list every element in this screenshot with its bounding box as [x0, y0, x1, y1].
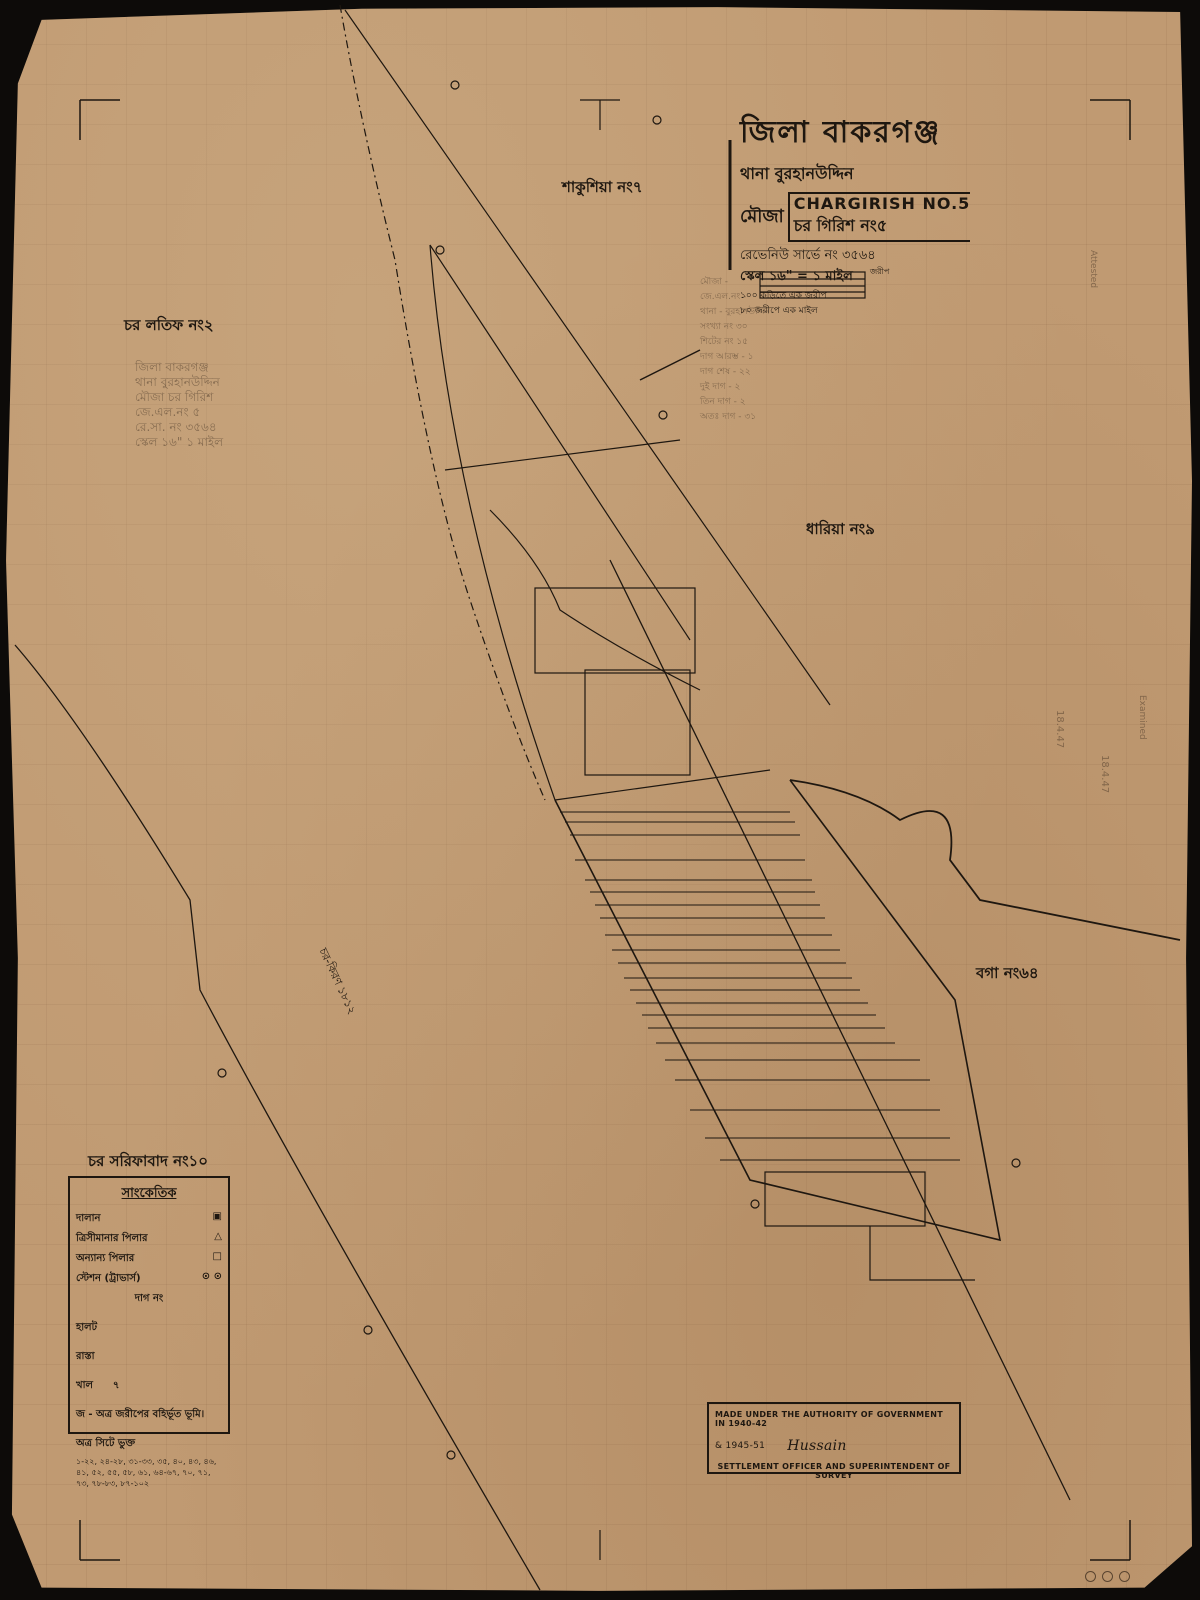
signature: Hussain	[787, 1438, 847, 1454]
pencil-note: জে.এল.নং ৫	[135, 405, 223, 420]
pencil-note: জিলা বাকরগঞ্জ	[135, 360, 223, 375]
legend-label: দালান	[76, 1211, 100, 1228]
info-row: দুই দাগ - ২	[700, 380, 770, 395]
village-label-dhariya: ধারিয়া নং৯	[806, 518, 875, 543]
revenue-survey-number: রেভেনিউ সার্ভে নং ৩৫৬৪	[740, 246, 970, 267]
certificate-box: MADE UNDER THE AUTHORITY OF GOVERNMENT I…	[707, 1402, 961, 1474]
station-icon: ⊙ ⊙	[202, 1271, 222, 1288]
mouza-name-bengali: চর গিরিশ নং৫	[794, 213, 971, 240]
village-label-char-latif: চর লতিফ নং২	[124, 314, 214, 339]
pencil-date-1: 18.4.47	[1054, 710, 1065, 748]
legend-dag-number: দাগ নং	[76, 1291, 222, 1308]
certificate-line-2: & 1945-51 Hussain	[715, 1438, 953, 1454]
legend-included-values: ১-২২, ২৪-২৮, ৩১-৩৩, ৩৫, ৪০, ৪৩, ৪৬, ৪১, …	[76, 1456, 222, 1489]
legend-label: খাল	[76, 1378, 93, 1395]
mouza-label: মৌজা	[740, 202, 784, 233]
legend-label: দাগ নং	[135, 1291, 163, 1308]
legend-item-khal: খাল৭	[76, 1378, 222, 1395]
scale-label: স্কেল ১৬" = ১ মাইল	[740, 267, 970, 288]
thana-label: থানা বুরহানউদ্দিন	[740, 161, 970, 188]
legend-label: রাস্তা	[76, 1349, 95, 1366]
legend-item-other-pillar: অন্যান্য পিলার□	[76, 1251, 222, 1268]
legend-value: ৭	[113, 1378, 120, 1395]
pencil-note-block: জিলা বাকরগঞ্জ থানা বুরহানউদ্দিন মৌজা চর …	[135, 360, 223, 450]
scale-bar-label: জরীপ	[870, 266, 889, 279]
info-row: দাগ শেষ - ২২	[700, 365, 770, 380]
pencil-note: মৌজা চর গিরিশ	[135, 390, 223, 405]
scale-note-2: ৮০ জরীপে এক মাইল	[740, 303, 970, 318]
pencil-note: স্কেল ১৬" ১ মাইল	[135, 435, 223, 450]
scale-note-1: ১০০ কড়িতে এক জরীপ	[740, 288, 970, 303]
pencil-note: রে.সা. নং ৩৫৬৪	[135, 420, 223, 435]
triangle-pillar-icon: △	[214, 1231, 222, 1248]
pencil-attested: Attested	[1088, 250, 1098, 288]
title-block: জিলা বাকরগঞ্জ থানা বুরহানউদ্দিন মৌজা CHA…	[740, 108, 970, 318]
info-table: মৌজা - জে.এল.নং - থানা - বুরহানউদ্দিন সং…	[700, 275, 770, 425]
info-row: তিন দাগ - ২	[700, 395, 770, 410]
village-label-char-sharifabad: চর সরিফাবাদ নং১০	[88, 1150, 208, 1175]
legend-included-label: অত্র সিটে ভুক্ত	[76, 1436, 222, 1453]
district-title: জিলা বাকরগঞ্জ	[740, 108, 970, 159]
corner-circles	[1085, 1571, 1130, 1582]
info-row: অতঃ দাগ - ৩১	[700, 410, 770, 425]
legend-item-halot: হালট	[76, 1320, 222, 1337]
info-row: শিটের নং ১৫	[700, 335, 770, 350]
building-icon: ▣	[213, 1211, 222, 1228]
legend-title: সাংকেতিক	[76, 1184, 222, 1205]
legend-excluded-note: জ - অত্র জরীপের বহির্ভূত ভূমি।	[76, 1407, 222, 1424]
legend-label: হালট	[76, 1320, 97, 1337]
info-row: মৌজা -	[700, 275, 770, 290]
legend-item-building: দালান▣	[76, 1211, 222, 1228]
mouza-name-english: CHARGIRISH NO.5	[794, 194, 971, 213]
square-pillar-icon: □	[213, 1251, 222, 1268]
legend-label: স্টেশন (ট্রাভার্স)	[76, 1271, 141, 1288]
info-row: সংখ্যা নং ৩০	[700, 320, 770, 335]
certificate-line-1: MADE UNDER THE AUTHORITY OF GOVERNMENT I…	[715, 1410, 953, 1428]
village-label-boga: বগা নং৬৪	[976, 962, 1039, 987]
certificate-years: & 1945-51	[715, 1441, 765, 1451]
mouza-bracket: CHARGIRISH NO.5 চর গিরিশ নং৫	[788, 192, 971, 242]
legend-item-tri-junction-pillar: ত্রিসীমানার পিলার△	[76, 1231, 222, 1248]
mouza-row: মৌজা CHARGIRISH NO.5 চর গিরিশ নং৫	[740, 192, 970, 242]
legend-box: সাংকেতিক দালান▣ ত্রিসীমানার পিলার△ অন্যা…	[68, 1176, 230, 1434]
pencil-date-2: 18.4.47	[1099, 755, 1110, 793]
info-row: দাগ আরম্ভ - ১	[700, 350, 770, 365]
info-row: থানা - বুরহানউদ্দিন	[700, 305, 770, 320]
circle-icon	[1119, 1571, 1130, 1582]
legend-item-station: স্টেশন (ট্রাভার্স)⊙ ⊙	[76, 1271, 222, 1288]
legend-item-road: রাস্তা	[76, 1349, 222, 1366]
legend-label: অন্যান্য পিলার	[76, 1251, 134, 1268]
info-row: জে.এল.নং -	[700, 290, 770, 305]
pencil-note: থানা বুরহানউদ্দিন	[135, 375, 223, 390]
certificate-line-3: SETTLEMENT OFFICER AND SUPERINTENDENT OF…	[715, 1462, 953, 1480]
village-label-shakushiya: শাকুশিয়া নং৭	[562, 176, 642, 201]
circle-icon	[1102, 1571, 1113, 1582]
circle-icon	[1085, 1571, 1096, 1582]
pencil-examined: Examined	[1137, 695, 1147, 740]
legend-label: ত্রিসীমানার পিলার	[76, 1231, 147, 1248]
